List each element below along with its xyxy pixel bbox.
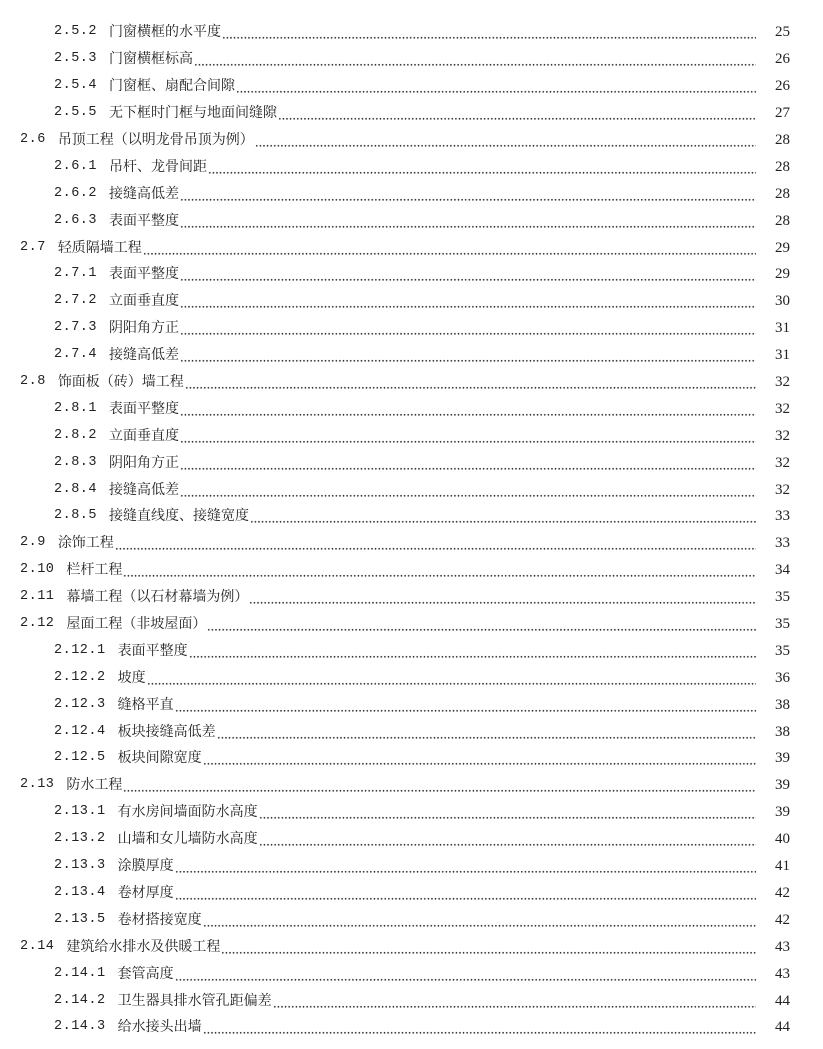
toc-entry-page-number: 39 (757, 803, 823, 821)
toc-entry-title: 接缝直线度、接缝宽度 (109, 507, 249, 525)
toc-entry-page-number: 32 (757, 427, 823, 445)
toc-entry-page-number: 34 (757, 561, 823, 579)
toc-entry-title: 门窗横框标高 (109, 50, 193, 68)
toc-entry-number: 2.13.3 (54, 857, 106, 875)
toc-entry[interactable]: 2.14 建筑给水排水及供暖工程 43 (0, 933, 823, 960)
toc-entry-title: 无下框时门框与地面间缝隙 (109, 104, 277, 122)
toc-entry-number: 2.8.1 (54, 400, 97, 418)
toc-entry-number: 2.11 (20, 588, 54, 606)
toc-entry-title: 阴阳角方正 (109, 319, 179, 337)
toc-entry-title: 缝格平直 (118, 696, 174, 714)
toc-entry[interactable]: 2.13.3 涂膜厚度 41 (0, 853, 823, 880)
toc-entry-title: 屋面工程（非坡屋面） (66, 615, 206, 633)
toc-entry-title: 轻质隔墙工程 (58, 239, 142, 257)
toc-entry-page-number: 26 (757, 77, 823, 95)
toc-entry[interactable]: 2.5.3 门窗横框标高 26 (0, 46, 823, 73)
toc-entry[interactable]: 2.6.2 接缝高低差 28 (0, 180, 823, 207)
toc-entry-title: 卷材厚度 (118, 884, 174, 902)
toc-entry[interactable]: 2.7.1 表面平整度 29 (0, 261, 823, 288)
toc-entry[interactable]: 2.9 涂饰工程 33 (0, 530, 823, 557)
toc-entry-page-number: 38 (757, 723, 823, 741)
toc-entry-title: 饰面板（砖）墙工程 (58, 373, 184, 391)
toc-entry-number: 2.5.4 (54, 77, 97, 95)
toc-entry-title: 卫生器具排水管孔距偏差 (118, 992, 272, 1010)
toc-entry-number: 2.6 (20, 131, 46, 149)
dot-leader (180, 214, 756, 228)
toc-entry-number: 2.10 (20, 561, 54, 579)
toc-entry[interactable]: 2.13.5 卷材搭接宽度 42 (0, 906, 823, 933)
dot-leader (222, 25, 756, 39)
dot-leader (259, 805, 756, 819)
dot-leader (278, 106, 756, 120)
toc-entry-number: 2.5.2 (54, 23, 97, 41)
toc-entry-page-number: 32 (757, 454, 823, 472)
toc-entry-page-number: 32 (757, 481, 823, 499)
toc-entry-title: 防水工程 (66, 776, 122, 794)
dot-leader (221, 940, 756, 954)
dot-leader (147, 671, 756, 685)
toc-entry[interactable]: 2.13.1 有水房间墙面防水高度 39 (0, 799, 823, 826)
dot-leader (207, 617, 756, 631)
toc-entry-number: 2.6.2 (54, 185, 97, 203)
dot-leader (259, 832, 756, 846)
toc-entry-title: 吊杆、龙骨间距 (109, 158, 207, 176)
toc-entry-page-number: 43 (757, 938, 823, 956)
toc-entry[interactable]: 2.12 屋面工程（非坡屋面） 35 (0, 611, 823, 638)
toc-entry-number: 2.13.5 (54, 911, 106, 929)
toc-entry[interactable]: 2.5.4 门窗框、扇配合间隙 26 (0, 73, 823, 100)
toc-entry-number: 2.7 (20, 239, 46, 257)
dot-leader (189, 644, 756, 658)
toc-entry-number: 2.14.2 (54, 992, 106, 1010)
toc-entry-page-number: 39 (757, 749, 823, 767)
toc-entry-page-number: 33 (757, 534, 823, 552)
toc-entry-number: 2.8 (20, 373, 46, 391)
toc-entry-title: 套管高度 (118, 965, 174, 983)
toc-entry-number: 2.7.4 (54, 346, 97, 364)
toc-entry-title: 门窗横框的水平度 (109, 23, 221, 41)
toc-entry-title: 表面平整度 (118, 642, 188, 660)
toc-entry-number: 2.9 (20, 534, 46, 552)
dot-leader (194, 52, 756, 66)
toc-entry-number: 2.13.2 (54, 830, 106, 848)
toc-entry[interactable]: 2.14.3 给水接头出墙 44 (0, 1014, 823, 1041)
toc-entry-page-number: 31 (757, 346, 823, 364)
dot-leader (123, 563, 756, 577)
toc-entry-number: 2.13.4 (54, 884, 106, 902)
toc-entry-title: 吊顶工程（以明龙骨吊顶为例） (58, 131, 254, 149)
dot-leader (273, 994, 756, 1008)
toc-entry-title: 阴阳角方正 (109, 454, 179, 472)
toc-entry-page-number: 43 (757, 965, 823, 983)
toc-entry-page-number: 29 (757, 239, 823, 257)
toc-entry-page-number: 42 (757, 911, 823, 929)
toc-entry-page-number: 40 (757, 830, 823, 848)
toc-entry-title: 坡度 (118, 669, 146, 687)
table-of-contents: 2.5.2 门窗横框的水平度 25 2.5.3 门窗横框标高 26 2.5.4 … (0, 19, 823, 1041)
dot-leader (180, 483, 756, 497)
toc-entry[interactable]: 2.8.2 立面垂直度 32 (0, 422, 823, 449)
toc-entry-number: 2.7.3 (54, 319, 97, 337)
toc-entry[interactable]: 2.12.2 坡度 36 (0, 664, 823, 691)
toc-entry-page-number: 32 (757, 373, 823, 391)
toc-entry[interactable]: 2.14.1 套管高度 43 (0, 960, 823, 987)
dot-leader (180, 294, 756, 308)
toc-entry-page-number: 39 (757, 776, 823, 794)
toc-entry-title: 表面平整度 (109, 212, 179, 230)
toc-entry-number: 2.14.3 (54, 1018, 106, 1036)
toc-entry-page-number: 28 (757, 158, 823, 176)
toc-entry[interactable]: 2.13.4 卷材厚度 42 (0, 880, 823, 907)
toc-entry-page-number: 36 (757, 669, 823, 687)
dot-leader (143, 241, 756, 255)
dot-leader (203, 1020, 756, 1034)
dot-leader (180, 456, 756, 470)
dot-leader (236, 79, 756, 93)
dot-leader (180, 321, 756, 335)
toc-entry-title: 涂饰工程 (58, 534, 114, 552)
dot-leader (180, 348, 756, 362)
toc-entry-title: 涂膜厚度 (118, 857, 174, 875)
toc-entry[interactable]: 2.6.1 吊杆、龙骨间距 28 (0, 153, 823, 180)
toc-entry-page-number: 29 (757, 265, 823, 283)
toc-entry-title: 接缝高低差 (109, 481, 179, 499)
toc-entry[interactable]: 2.10 栏杆工程 34 (0, 557, 823, 584)
dot-leader (175, 698, 756, 712)
toc-entry-page-number: 41 (757, 857, 823, 875)
toc-entry-number: 2.8.5 (54, 507, 97, 525)
dot-leader (255, 133, 756, 147)
toc-entry[interactable]: 2.7 轻质隔墙工程 29 (0, 234, 823, 261)
toc-entry[interactable]: 2.6 吊顶工程（以明龙骨吊顶为例） 28 (0, 127, 823, 154)
toc-entry-title: 板块接缝高低差 (118, 723, 216, 741)
dot-leader (180, 267, 756, 281)
toc-entry[interactable]: 2.8.3 阴阳角方正 32 (0, 449, 823, 476)
toc-entry[interactable]: 2.13.2 山墙和女儿墙防水高度 40 (0, 826, 823, 853)
toc-entry[interactable]: 2.5.5 无下框时门框与地面间缝隙 27 (0, 100, 823, 127)
toc-entry-title: 门窗框、扇配合间隙 (109, 77, 235, 95)
toc-entry-page-number: 33 (757, 507, 823, 525)
toc-entry-number: 2.13 (20, 776, 54, 794)
toc-entry-number: 2.6.3 (54, 212, 97, 230)
dot-leader (250, 509, 756, 523)
toc-entry-number: 2.12.5 (54, 749, 106, 767)
toc-entry-title: 接缝高低差 (109, 185, 179, 203)
toc-entry[interactable]: 2.12.4 板块接缝高低差 38 (0, 718, 823, 745)
toc-entry-page-number: 38 (757, 696, 823, 714)
toc-entry-number: 2.7.2 (54, 292, 97, 310)
dot-leader (123, 778, 756, 792)
toc-entry[interactable]: 2.12.1 表面平整度 35 (0, 637, 823, 664)
dot-leader (185, 375, 756, 389)
toc-entry-number: 2.12.2 (54, 669, 106, 687)
toc-entry-title: 立面垂直度 (109, 427, 179, 445)
toc-entry-number: 2.12.4 (54, 723, 106, 741)
toc-entry-title: 卷材搭接宽度 (118, 911, 202, 929)
toc-entry-page-number: 44 (757, 992, 823, 1010)
toc-entry-number: 2.5.3 (54, 50, 97, 68)
dot-leader (180, 402, 756, 416)
toc-entry-page-number: 26 (757, 50, 823, 68)
toc-entry-number: 2.12.1 (54, 642, 106, 660)
dot-leader (175, 859, 756, 873)
toc-entry-number: 2.5.5 (54, 104, 97, 122)
toc-entry-title: 立面垂直度 (109, 292, 179, 310)
toc-entry-title: 表面平整度 (109, 400, 179, 418)
dot-leader (217, 725, 756, 739)
toc-entry-page-number: 28 (757, 185, 823, 203)
toc-entry[interactable]: 2.8.1 表面平整度 32 (0, 395, 823, 422)
toc-entry[interactable]: 2.11 幕墙工程（以石材幕墙为例） 35 (0, 584, 823, 611)
toc-entry-number: 2.13.1 (54, 803, 106, 821)
toc-entry-page-number: 27 (757, 104, 823, 122)
toc-entry-number: 2.14.1 (54, 965, 106, 983)
dot-leader (175, 886, 756, 900)
toc-entry-number: 2.8.4 (54, 481, 97, 499)
toc-entry[interactable]: 2.12.3 缝格平直 38 (0, 691, 823, 718)
toc-entry-number: 2.12 (20, 615, 54, 633)
toc-entry-title: 接缝高低差 (109, 346, 179, 364)
dot-leader (180, 187, 756, 201)
toc-entry-title: 幕墙工程（以石材幕墙为例） (66, 588, 248, 606)
dot-leader (203, 751, 756, 765)
toc-entry-page-number: 30 (757, 292, 823, 310)
toc-entry-page-number: 42 (757, 884, 823, 902)
toc-entry-title: 有水房间墙面防水高度 (118, 803, 258, 821)
toc-entry[interactable]: 2.8.5 接缝直线度、接缝宽度 33 (0, 503, 823, 530)
toc-entry-number: 2.12.3 (54, 696, 106, 714)
dot-leader (175, 967, 756, 981)
toc-entry-page-number: 28 (757, 131, 823, 149)
toc-entry-page-number: 35 (757, 642, 823, 660)
toc-entry-title: 山墙和女儿墙防水高度 (118, 830, 258, 848)
toc-entry-page-number: 35 (757, 615, 823, 633)
toc-entry[interactable]: 2.14.2 卫生器具排水管孔距偏差 44 (0, 987, 823, 1014)
toc-entry-page-number: 31 (757, 319, 823, 337)
toc-entry-number: 2.7.1 (54, 265, 97, 283)
toc-entry-page-number: 35 (757, 588, 823, 606)
toc-entry[interactable]: 2.13 防水工程 39 (0, 772, 823, 799)
toc-entry-title: 表面平整度 (109, 265, 179, 283)
toc-entry[interactable]: 2.6.3 表面平整度 28 (0, 207, 823, 234)
toc-entry-number: 2.14 (20, 938, 54, 956)
dot-leader (208, 160, 756, 174)
dot-leader (115, 536, 756, 550)
toc-entry-page-number: 28 (757, 212, 823, 230)
dot-leader (203, 913, 756, 927)
toc-entry-number: 2.8.3 (54, 454, 97, 472)
toc-entry[interactable]: 2.8.4 接缝高低差 32 (0, 476, 823, 503)
toc-entry-title: 栏杆工程 (66, 561, 122, 579)
dot-leader (249, 590, 756, 604)
toc-entry-page-number: 32 (757, 400, 823, 418)
toc-entry-number: 2.6.1 (54, 158, 97, 176)
toc-entry[interactable]: 2.7.3 阴阳角方正 31 (0, 315, 823, 342)
dot-leader (180, 429, 756, 443)
toc-entry[interactable]: 2.12.5 板块间隙宽度 39 (0, 745, 823, 772)
toc-entry-number: 2.8.2 (54, 427, 97, 445)
toc-entry-page-number: 25 (757, 23, 823, 41)
toc-entry[interactable]: 2.7.4 接缝高低差 31 (0, 342, 823, 369)
toc-entry-title: 板块间隙宽度 (118, 749, 202, 767)
toc-entry-title: 给水接头出墙 (118, 1018, 202, 1036)
toc-entry-page-number: 44 (757, 1018, 823, 1036)
toc-entry[interactable]: 2.7.2 立面垂直度 30 (0, 288, 823, 315)
toc-entry[interactable]: 2.5.2 门窗横框的水平度 25 (0, 19, 823, 46)
toc-entry-title: 建筑给水排水及供暖工程 (66, 938, 220, 956)
toc-entry[interactable]: 2.8 饰面板（砖）墙工程 32 (0, 369, 823, 396)
